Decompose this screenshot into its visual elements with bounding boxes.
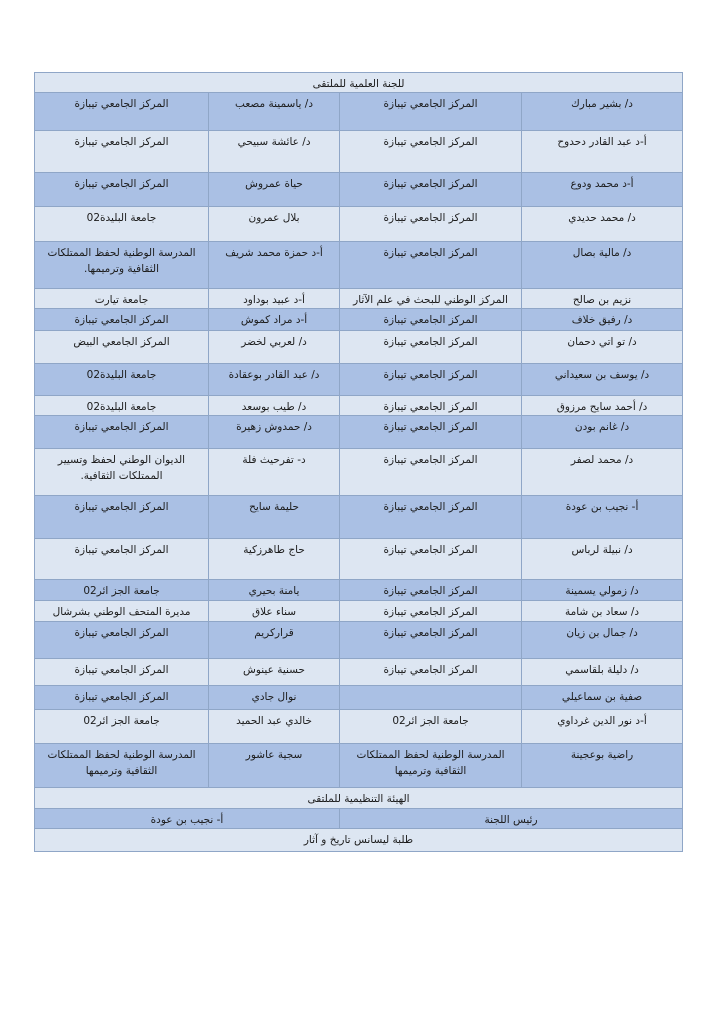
member-name: د/ حمدوش زهيرة (209, 416, 340, 449)
member-name: سجية عاشور (209, 744, 340, 788)
member-institution: المركز الجامعي تيبازة (340, 449, 522, 496)
member-institution: المركز الجامعي تيبازة (35, 416, 209, 449)
member-institution: المركز الجامعي تيبازة (340, 242, 522, 289)
member-institution: المركز الجامعي تيبازة (340, 331, 522, 364)
member-name: نوال جادي (209, 686, 340, 710)
member-name: أ-د محمد ودوع (522, 173, 683, 207)
member-institution: جامعة الجز ائر02 (35, 710, 209, 744)
member-institution: المركز الجامعي البيض (35, 331, 209, 364)
member-institution: المركز الجامعي تيبازة (340, 173, 522, 207)
member-institution: المركز الجامعي تيبازة (35, 309, 209, 331)
member-row: د/ جمال بن زيانالمركز الجامعي تيبازةقرار… (35, 622, 683, 659)
member-institution: المركز الجامعي تيبازة (340, 622, 522, 659)
member-institution: المركز الجامعي تيبازة (35, 659, 209, 686)
member-institution: المركز الجامعي تيبازة (340, 601, 522, 622)
member-name: د/ نبيلة لرباس (522, 539, 683, 580)
member-name: قرارکريم (209, 622, 340, 659)
member-row: د/ سعاد بن شامةالمركز الجامعي تيبازةسناء… (35, 601, 683, 622)
member-institution: المركز الجامعي تيبازة (35, 622, 209, 659)
member-name: د/ محمد لصفر (522, 449, 683, 496)
member-row: د/ محمد حديديالمركز الجامعي تيبازةبلال ع… (35, 207, 683, 242)
member-institution: المركز الجامعي تيبازة (35, 496, 209, 539)
member-name: أ- نجيب بن عودة (522, 496, 683, 539)
scientific-committee-title: للجنة العلمية للملتقى (35, 73, 683, 93)
member-name: أ-د حمزة محمد شريف (209, 242, 340, 289)
member-institution: المركز الجامعي تيبازة (340, 207, 522, 242)
member-name: بلال عمرون (209, 207, 340, 242)
committee-document: للجنة العلمية للملتقى د/ بشير مباركالمرك… (34, 72, 682, 852)
member-institution: المركز الجامعي تيبازة (35, 539, 209, 580)
member-institution: المركز الجامعي تيبازة (340, 416, 522, 449)
member-name: د/ مالية بصال (522, 242, 683, 289)
member-name: د/ سعاد بن شامة (522, 601, 683, 622)
member-name: د/ عائشة سبيحي (209, 131, 340, 173)
member-name: د/ طيب بوسعد (209, 396, 340, 416)
member-institution: الديوان الوطني لحفظ وتسيير الممتلكات الث… (35, 449, 209, 496)
member-row: د/ يوسف بن سعيدانيالمركز الجامعي تيبازةد… (35, 364, 683, 396)
member-institution: جامعة البليدة02 (35, 396, 209, 416)
member-name: سناء علاق (209, 601, 340, 622)
students-row: طلبة ليسانس تاريخ و آثار (35, 829, 683, 852)
member-institution: المدرسة الوطنية لحفظ الممتلكات الثقافية … (340, 744, 522, 788)
member-row: د/ زمولي يسمينةالمركز الجامعي تيبازةيامن… (35, 580, 683, 601)
member-name: د/ رفيق خلاف (522, 309, 683, 331)
member-institution: جامعة البليدة02 (35, 364, 209, 396)
member-name: د/ زمولي يسمينة (522, 580, 683, 601)
member-row: أ-د محمد ودوعالمركز الجامعي تيبازةحياة ع… (35, 173, 683, 207)
member-institution: المركز الجامعي تيبازة (340, 93, 522, 131)
member-name: د/ أحمد سايح مرزوق (522, 396, 683, 416)
member-institution: المركز الجامعي تيبازة (340, 396, 522, 416)
committee-chair-row: رئيس اللجنة أ- نجيب بن عودة (35, 809, 683, 829)
member-row: د/ تو اتي دحمانالمركز الجامعي تيبازةد/ ل… (35, 331, 683, 364)
member-institution: جامعة الجز ائر02 (35, 580, 209, 601)
member-name: د/ ياسمينة مصعب (209, 93, 340, 131)
member-name: صفية بن سماعيلي (522, 686, 683, 710)
member-row: نزيم بن صالحالمركز الوطني للبحث في علم ا… (35, 289, 683, 309)
member-row: أ-د نور الدين غرداويجامعة الجز ائر02خالد… (35, 710, 683, 744)
member-institution: المدرسة الوطنية لحفظ الممتلكات الثقافية … (35, 242, 209, 289)
member-name: د- تفرحيث فلة (209, 449, 340, 496)
member-name: حسنية عينوش (209, 659, 340, 686)
member-institution: المركز الوطني للبحث في علم الآثار (340, 289, 522, 309)
member-row: صفية بن سماعيلينوال جاديالمركز الجامعي ت… (35, 686, 683, 710)
member-institution: المدرسة الوطنية لحفظ الممتلكات الثقافية … (35, 744, 209, 788)
scientific-committee-title-row: للجنة العلمية للملتقى (35, 73, 683, 93)
member-row: أ-د عبد القادر دحدوحالمركز الجامعي تيباز… (35, 131, 683, 173)
member-name: د/ دليلة بلقاسمي (522, 659, 683, 686)
member-institution: المركز الجامعي تيبازة (340, 131, 522, 173)
member-institution: المركز الجامعي تيبازة (340, 580, 522, 601)
member-name: د/ لعربي لخضر (209, 331, 340, 364)
member-row: د/ دليلة بلقاسميالمركز الجامعي تيبازةحسن… (35, 659, 683, 686)
member-name: أ-د عبيد بوداود (209, 289, 340, 309)
member-institution (340, 686, 522, 710)
member-institution: المركز الجامعي تيبازة (35, 686, 209, 710)
member-name: أ-د نور الدين غرداوي (522, 710, 683, 744)
member-name: حياة عمروش (209, 173, 340, 207)
member-institution: المركز الجامعي تيبازة (340, 364, 522, 396)
member-institution: مديرة المتحف الوطني بشرشال (35, 601, 209, 622)
member-institution: جامعة البليدة02 (35, 207, 209, 242)
member-row: د/ محمد لصفرالمركز الجامعي تيبازةد- تفرح… (35, 449, 683, 496)
member-institution: المركز الجامعي تيبازة (340, 659, 522, 686)
chair-name: أ- نجيب بن عودة (35, 809, 340, 829)
member-institution: جامعة الجز ائر02 (340, 710, 522, 744)
member-name: د/ عبد القادر بوعقادة (209, 364, 340, 396)
member-name: أ-د عبد القادر دحدوح (522, 131, 683, 173)
member-name: د/ تو اتي دحمان (522, 331, 683, 364)
member-name: خالدي عبد الحميد (209, 710, 340, 744)
committee-table: للجنة العلمية للملتقى د/ بشير مباركالمرك… (34, 72, 683, 852)
member-row: د/ مالية بصالالمركز الجامعي تيبازةأ-د حم… (35, 242, 683, 289)
member-name: يامنة بحيري (209, 580, 340, 601)
member-row: د/ نبيلة لرباسالمركز الجامعي تيبازةحاج ط… (35, 539, 683, 580)
member-name: حاج طاهرزكية (209, 539, 340, 580)
member-row: د/ أحمد سايح مرزوقالمركز الجامعي تيبازةد… (35, 396, 683, 416)
member-row: أ- نجيب بن عودةالمركز الجامعي تيبازةحليم… (35, 496, 683, 539)
member-row: د/ غانم بودنالمركز الجامعي تيبازةد/ حمدو… (35, 416, 683, 449)
organizing-committee-title: الهيئة التنظيمية للملتقى (35, 788, 683, 809)
member-institution: المركز الجامعي تيبازة (35, 93, 209, 131)
member-institution: المركز الجامعي تيبازة (35, 173, 209, 207)
member-row: راضية بوعجينةالمدرسة الوطنية لحفظ الممتل… (35, 744, 683, 788)
member-row: د/ رفيق خلافالمركز الجامعي تيبازةأ-د مرا… (35, 309, 683, 331)
member-institution: المركز الجامعي تيبازة (340, 496, 522, 539)
member-name: د/ بشير مبارك (522, 93, 683, 131)
member-name: نزيم بن صالح (522, 289, 683, 309)
member-name: أ-د مراد كموش (209, 309, 340, 331)
member-name: راضية بوعجينة (522, 744, 683, 788)
member-name: د/ جمال بن زيان (522, 622, 683, 659)
students-label: طلبة ليسانس تاريخ و آثار (35, 829, 683, 852)
member-institution: المركز الجامعي تيبازة (35, 131, 209, 173)
organizing-committee-title-row: الهيئة التنظيمية للملتقى (35, 788, 683, 809)
member-row: د/ بشير مباركالمركز الجامعي تيبازةد/ ياس… (35, 93, 683, 131)
member-institution: جامعة تيارت (35, 289, 209, 309)
member-name: د/ غانم بودن (522, 416, 683, 449)
member-name: د/ محمد حديدي (522, 207, 683, 242)
member-institution: المركز الجامعي تيبازة (340, 539, 522, 580)
chair-label: رئيس اللجنة (340, 809, 683, 829)
member-institution: المركز الجامعي تيبازة (340, 309, 522, 331)
member-name: د/ يوسف بن سعيداني (522, 364, 683, 396)
member-name: حليمة سايح (209, 496, 340, 539)
